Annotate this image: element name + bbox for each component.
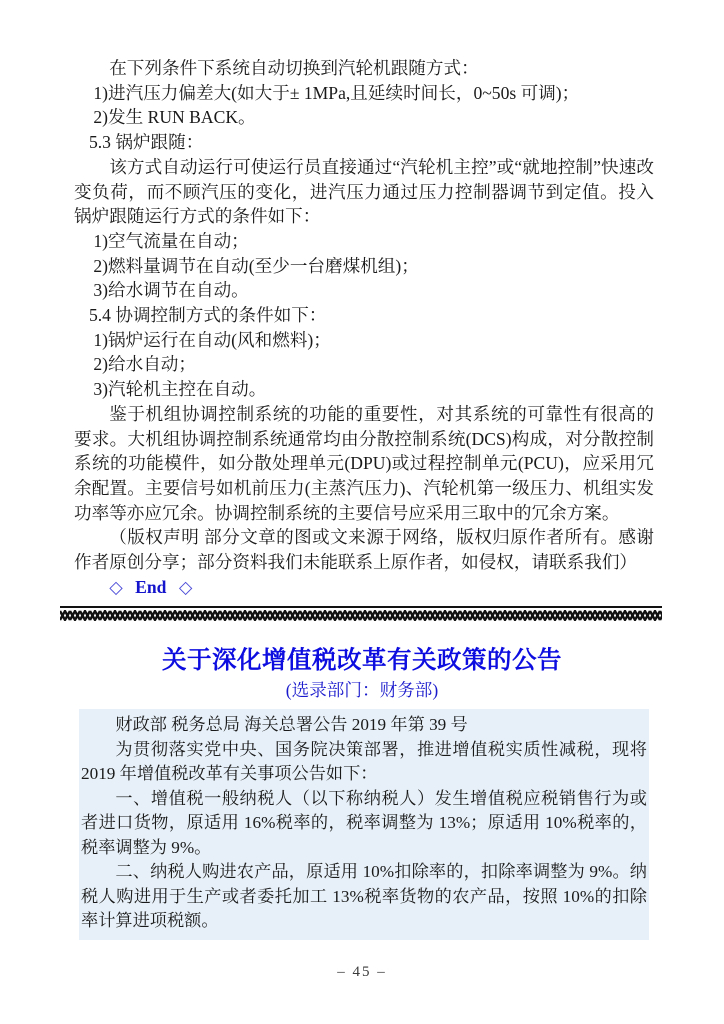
- zigzag-pattern-icon: [60, 610, 662, 621]
- announcement-department: (选录部门：财务部): [0, 677, 724, 702]
- list-item: 1)锅炉运行在自动(风和燃料)；: [74, 328, 654, 353]
- list-item: 1)空气流量在自动；: [74, 229, 654, 254]
- divider-line: [60, 606, 662, 608]
- end-label: End: [135, 577, 166, 597]
- end-marker: ◇ End ◇: [74, 575, 654, 600]
- paragraph: 该方式自动运行可使运行员直接通过“汽轮机主控”或“就地控制”快速改变负荷，而不顾…: [74, 155, 654, 229]
- document-page: 在下列条件下系统自动切换到汽轮机跟随方式： 1)进汽压力偏差大(如大于± 1MP…: [0, 0, 724, 1024]
- list-item: 3)给水调节在自动。: [74, 278, 654, 303]
- paragraph: 为贯彻落实党中央、国务院决策部署，推进增值税实质性减税，现将 2019 年增值税…: [81, 738, 647, 787]
- paragraph: 在下列条件下系统自动切换到汽轮机跟随方式：: [74, 56, 654, 81]
- copyright-notice: （版权声明 部分文章的图或文来源于网络，版权归原作者所有。感谢作者原创分享；部分…: [74, 525, 654, 574]
- zigzag-divider: [60, 606, 662, 621]
- section-heading: 5.4 协调控制方式的条件如下：: [74, 303, 654, 328]
- document-body: 在下列条件下系统自动切换到汽轮机跟随方式： 1)进汽压力偏差大(如大于± 1MP…: [74, 56, 654, 599]
- list-item: 1)进汽压力偏差大(如大于± 1MPa,且延续时间长，0~50s 可调)；: [74, 81, 654, 106]
- list-item: 2)给水自动；: [74, 352, 654, 377]
- diamond-left-icon: ◇: [109, 577, 123, 597]
- announcement-title: 关于深化增值税改革有关政策的公告: [0, 641, 724, 676]
- list-item: 2)燃料量调节在自动(至少一台磨煤机组)；: [74, 254, 654, 279]
- announcement-number-line: 财政部 税务总局 海关总署公告 2019 年第 39 号: [81, 713, 647, 738]
- paragraph: 一、增值税一般纳税人（以下称纳税人）发生增值税应税销售行为或者进口货物，原适用 …: [81, 787, 647, 861]
- list-item: 3)汽轮机主控在自动。: [74, 377, 654, 402]
- list-item: 2)发生 RUN BACK。: [74, 105, 654, 130]
- page-number: – 45 –: [0, 964, 724, 981]
- paragraph: 二、纳税人购进农产品，原适用 10%扣除率的，扣除率调整为 9%。纳税人购进用于…: [81, 860, 647, 934]
- announcement-body: 财政部 税务总局 海关总署公告 2019 年第 39 号 为贯彻落实党中央、国务…: [79, 709, 649, 940]
- paragraph: 鉴于机组协调控制系统的功能的重要性，对其系统的可靠性有很高的要求。大机组协调控制…: [74, 402, 654, 526]
- diamond-right-icon: ◇: [179, 577, 193, 597]
- section-heading: 5.3 锅炉跟随：: [74, 130, 654, 155]
